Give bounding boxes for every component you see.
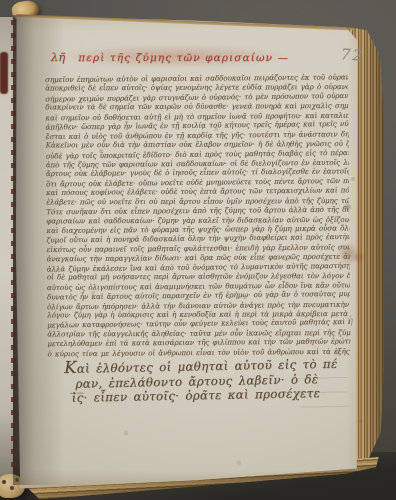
manuscript-photo: λῆπερὶ τῆς ζύμης τῶν φαρισαίων — 72 σημε… — [0, 0, 396, 500]
chapter-number: λῆ — [51, 50, 65, 64]
folio-number: 72 — [340, 45, 364, 65]
commentary-line: φαρισαίων καὶ σαδδουκαίων· ζύμην γὰρ καλ… — [46, 214, 349, 225]
spine-leather-patch — [0, 52, 8, 94]
margin-pencil-mark: ἡ — [347, 316, 353, 327]
chapter-title: περὶ τῆς ζύμης τῶν φαρισαίων — — [78, 52, 289, 64]
stain — [350, 250, 367, 265]
gospel-lemma-block: Καὶ ἐλθόντες οἱ μαθηταὶ αὐτοῦ εἰς τὸ πέρ… — [62, 356, 315, 406]
commentary-line: ἀλλοτρίαν τῆς εὐαγγελικῆς ἀληθείας· ταῦτ… — [47, 328, 350, 339]
commentary-line: οἱ δὲ μαθηταὶ μὴ νοήσαντες περὶ ἄρτων αἰ… — [47, 271, 350, 282]
commentary-text-block: σημεῖον ἐπηρώτων αὐτὸν οἱ φαρισαῖοι καὶ … — [45, 72, 350, 362]
chapter-heading: λῆπερὶ τῆς ζύμης τῶν φαρισαίων — — [51, 46, 331, 66]
foxing-spots — [30, 30, 32, 32]
